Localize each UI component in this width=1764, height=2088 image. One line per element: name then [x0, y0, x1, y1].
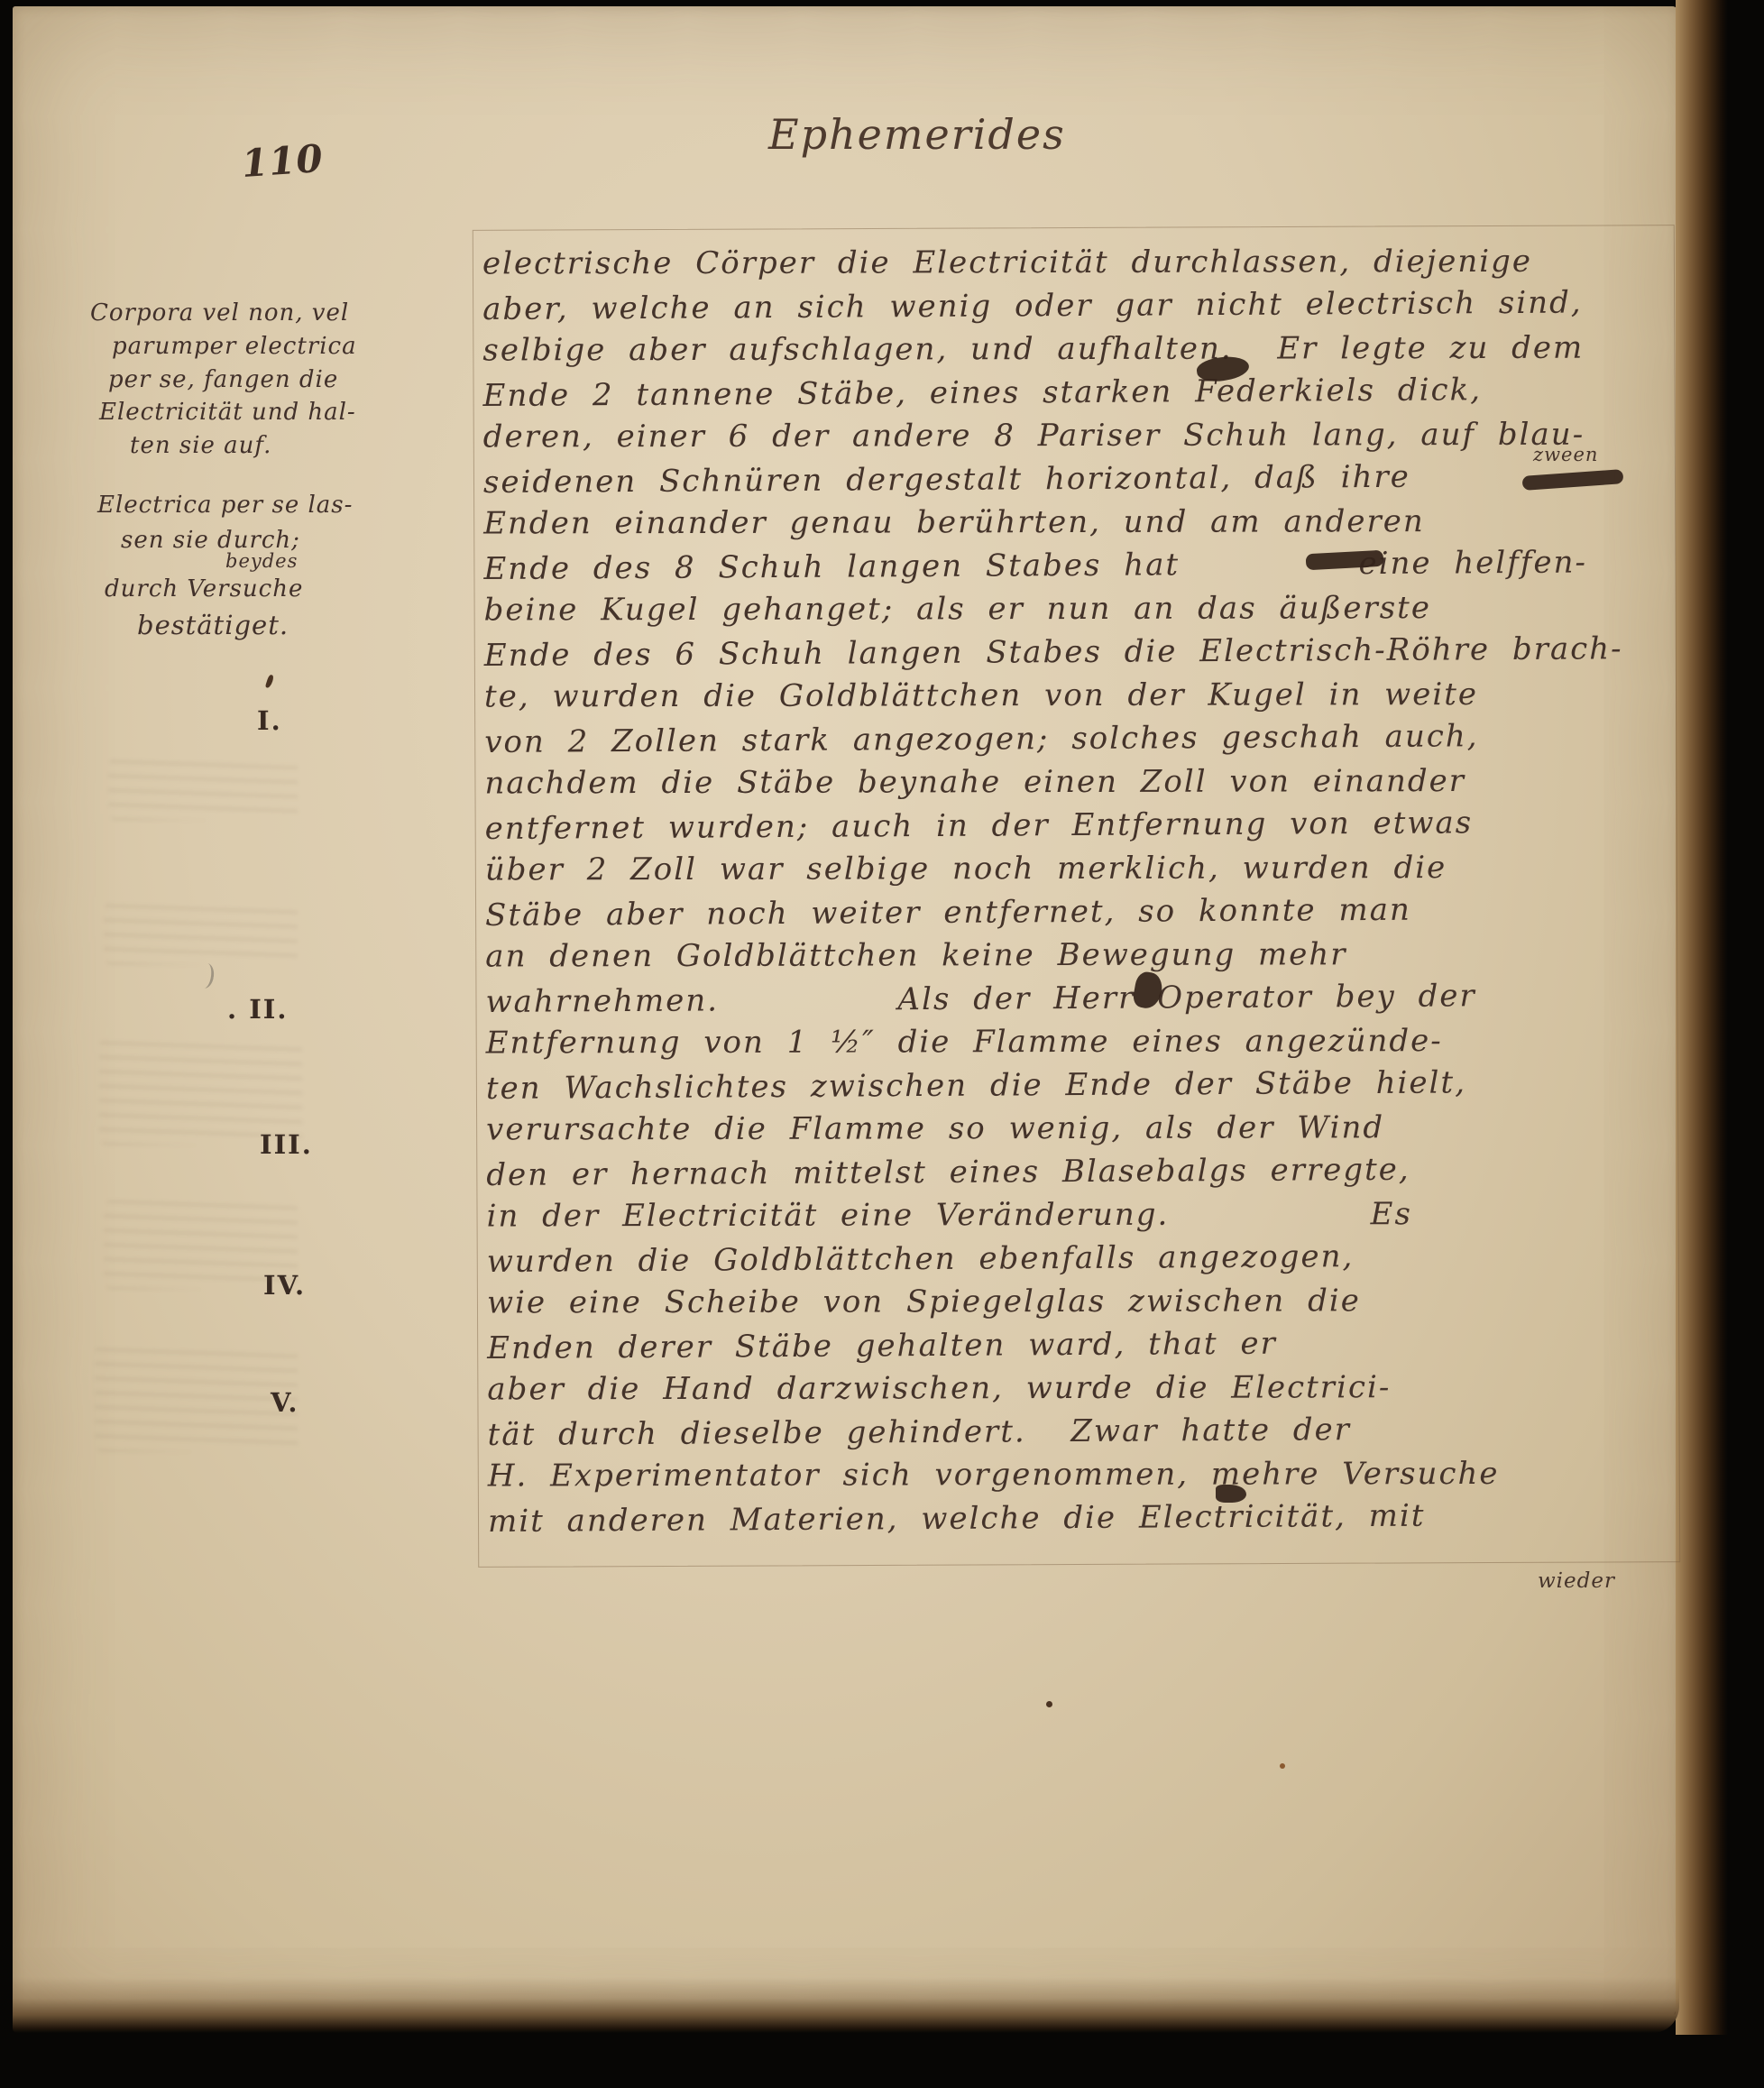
margin-note-line: Electrica per se las- [97, 492, 353, 519]
body-line: beine Kugel gehanget; als er nun an das … [484, 585, 1672, 631]
body-line: mit anderen Materien, welche die Electri… [488, 1493, 1676, 1543]
body-line: Stäbe aber noch weiter entfernet, so kon… [485, 887, 1673, 937]
page-title: Ephemerides [768, 110, 1066, 159]
body-line: H. Experimentator sich vorgenommen, mehr… [488, 1451, 1676, 1497]
body-line: wie eine Scheibe von Spiegelglas zwische… [487, 1278, 1675, 1324]
body-line: Entfernung von 1 ½″ die Flamme eines ang… [486, 1018, 1674, 1064]
body-text: electrische Cörper die Electricität durc… [482, 238, 1676, 1542]
section-numeral-ii: . II. [227, 994, 288, 1025]
body-line: über 2 Zoll war selbige noch merklich, w… [485, 845, 1673, 891]
body-line: aber die Hand darzwischen, wurde die Ele… [487, 1365, 1675, 1411]
show-through-smudge [104, 1200, 298, 1290]
body-line: ten Wachslichtes zwischen die Ende der S… [486, 1060, 1674, 1110]
ink-speck [1046, 1701, 1052, 1707]
body-line: wurden die Goldblättchen ebenfalls angez… [487, 1233, 1675, 1283]
margin-note-line: Electricität und hal- [99, 399, 356, 426]
catchword: wieder [1538, 1569, 1615, 1593]
body-line: seidenen Schnüren dergestalt horizontal,… [483, 454, 1671, 504]
interlinear-insertion: beydes [225, 550, 298, 572]
interlinear-insertion: zween [1533, 444, 1598, 465]
show-through-smudge [104, 902, 298, 965]
body-line: den er hernach mittelst eines Blasebalgs… [486, 1146, 1674, 1197]
margin-note-line: parumper electrica [112, 333, 357, 360]
body-line: Ende des 8 Schuh langen Stabes hat eine … [483, 540, 1671, 591]
page-fore-edge [1676, 0, 1728, 2035]
margin-note-line: ten sie auf. [130, 432, 271, 459]
margin-note-line: durch Versuche [105, 575, 303, 602]
body-line: deren, einer 6 der andere 8 Pariser Schu… [483, 412, 1671, 458]
body-line: nachdem die Stäbe beynahe einen Zoll von… [484, 759, 1672, 805]
page-bottom-edge [13, 1977, 1679, 2033]
body-line: aber, welche an sich wenig oder gar nich… [482, 281, 1670, 331]
body-line: te, wurden die Goldblättchen von der Kug… [484, 672, 1672, 718]
body-line: electrische Cörper die Electricität durc… [482, 239, 1670, 285]
body-line: tät durch dieselbe gehindert. Zwar hatte… [487, 1406, 1675, 1457]
body-line: Enden einander genau berührten, und am a… [483, 499, 1671, 545]
margin-note-line: bestätiget. [137, 610, 289, 640]
body-line: Ende des 6 Schuh langen Stabes die Elect… [484, 627, 1672, 677]
body-line: Enden derer Stäbe gehalten ward, that er [487, 1320, 1675, 1370]
show-through-smudge [108, 758, 298, 821]
show-through-smudge [95, 1344, 298, 1452]
body-line: wahrnehmen. Als der Herr Operator bey de… [485, 973, 1673, 1024]
show-through-smudge [99, 1037, 302, 1145]
page-number: 110 [240, 136, 325, 186]
body-line: verursachte die Flamme so wenig, als der… [486, 1105, 1674, 1151]
body-line: Ende 2 tannene Stäbe, eines starken Fede… [482, 367, 1670, 418]
margin-note-line: Corpora vel non, vel [90, 299, 349, 327]
ink-speck [1280, 1763, 1285, 1769]
margin-note-line: per se, fangen die [108, 366, 338, 393]
body-line: in der Electricität eine Veränderung. Es [486, 1191, 1674, 1237]
text-frame: electrische Cörper die Electricität durc… [473, 225, 1680, 1568]
body-line: an denen Goldblättchen keine Bewegung me… [485, 932, 1673, 978]
section-numeral-i: I. [257, 705, 282, 736]
ink-blot [1216, 1485, 1246, 1503]
scan-background: Ephemerides 110 Corpora vel non, vel par… [0, 0, 1764, 2088]
body-line: selbige aber aufschlagen, und aufhalten.… [482, 326, 1670, 372]
body-line: entfernet wurden; auch in der Entfernung… [485, 800, 1673, 851]
body-line: von 2 Zollen stark angezogen; solches ge… [484, 713, 1672, 764]
